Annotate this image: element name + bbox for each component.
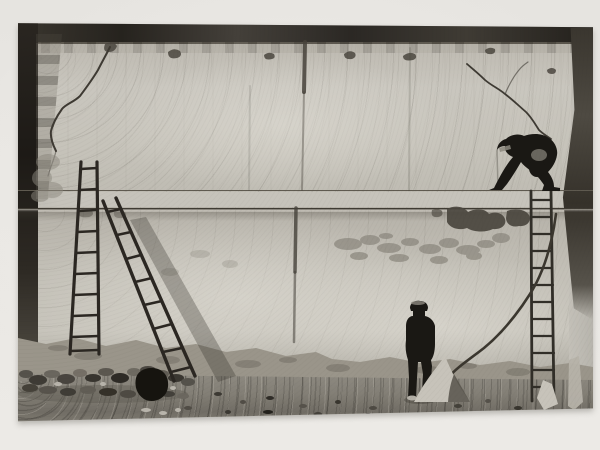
ladder-right bbox=[531, 191, 554, 401]
photo-print bbox=[18, 22, 593, 422]
crack-left bbox=[48, 47, 110, 176]
worker-crouching-hip-highlight bbox=[531, 149, 547, 161]
crack-left-patch bbox=[31, 154, 63, 202]
worker-standing-cap-highlight bbox=[411, 301, 425, 305]
light-debris-right bbox=[568, 356, 583, 410]
wall-chip-marks bbox=[104, 42, 556, 74]
worker-crouching-tool-arm bbox=[529, 159, 545, 177]
worker-crouching bbox=[489, 134, 560, 191]
stones-scattered bbox=[184, 392, 522, 417]
plaster-mottle bbox=[334, 233, 510, 264]
scene-overlay bbox=[18, 22, 593, 422]
crack-right bbox=[467, 62, 551, 139]
paper-background bbox=[0, 0, 600, 450]
panel-joints bbox=[249, 42, 498, 342]
ladder-left bbox=[70, 162, 99, 354]
light-debris bbox=[537, 356, 583, 410]
photo-print-wrapper bbox=[18, 22, 593, 422]
